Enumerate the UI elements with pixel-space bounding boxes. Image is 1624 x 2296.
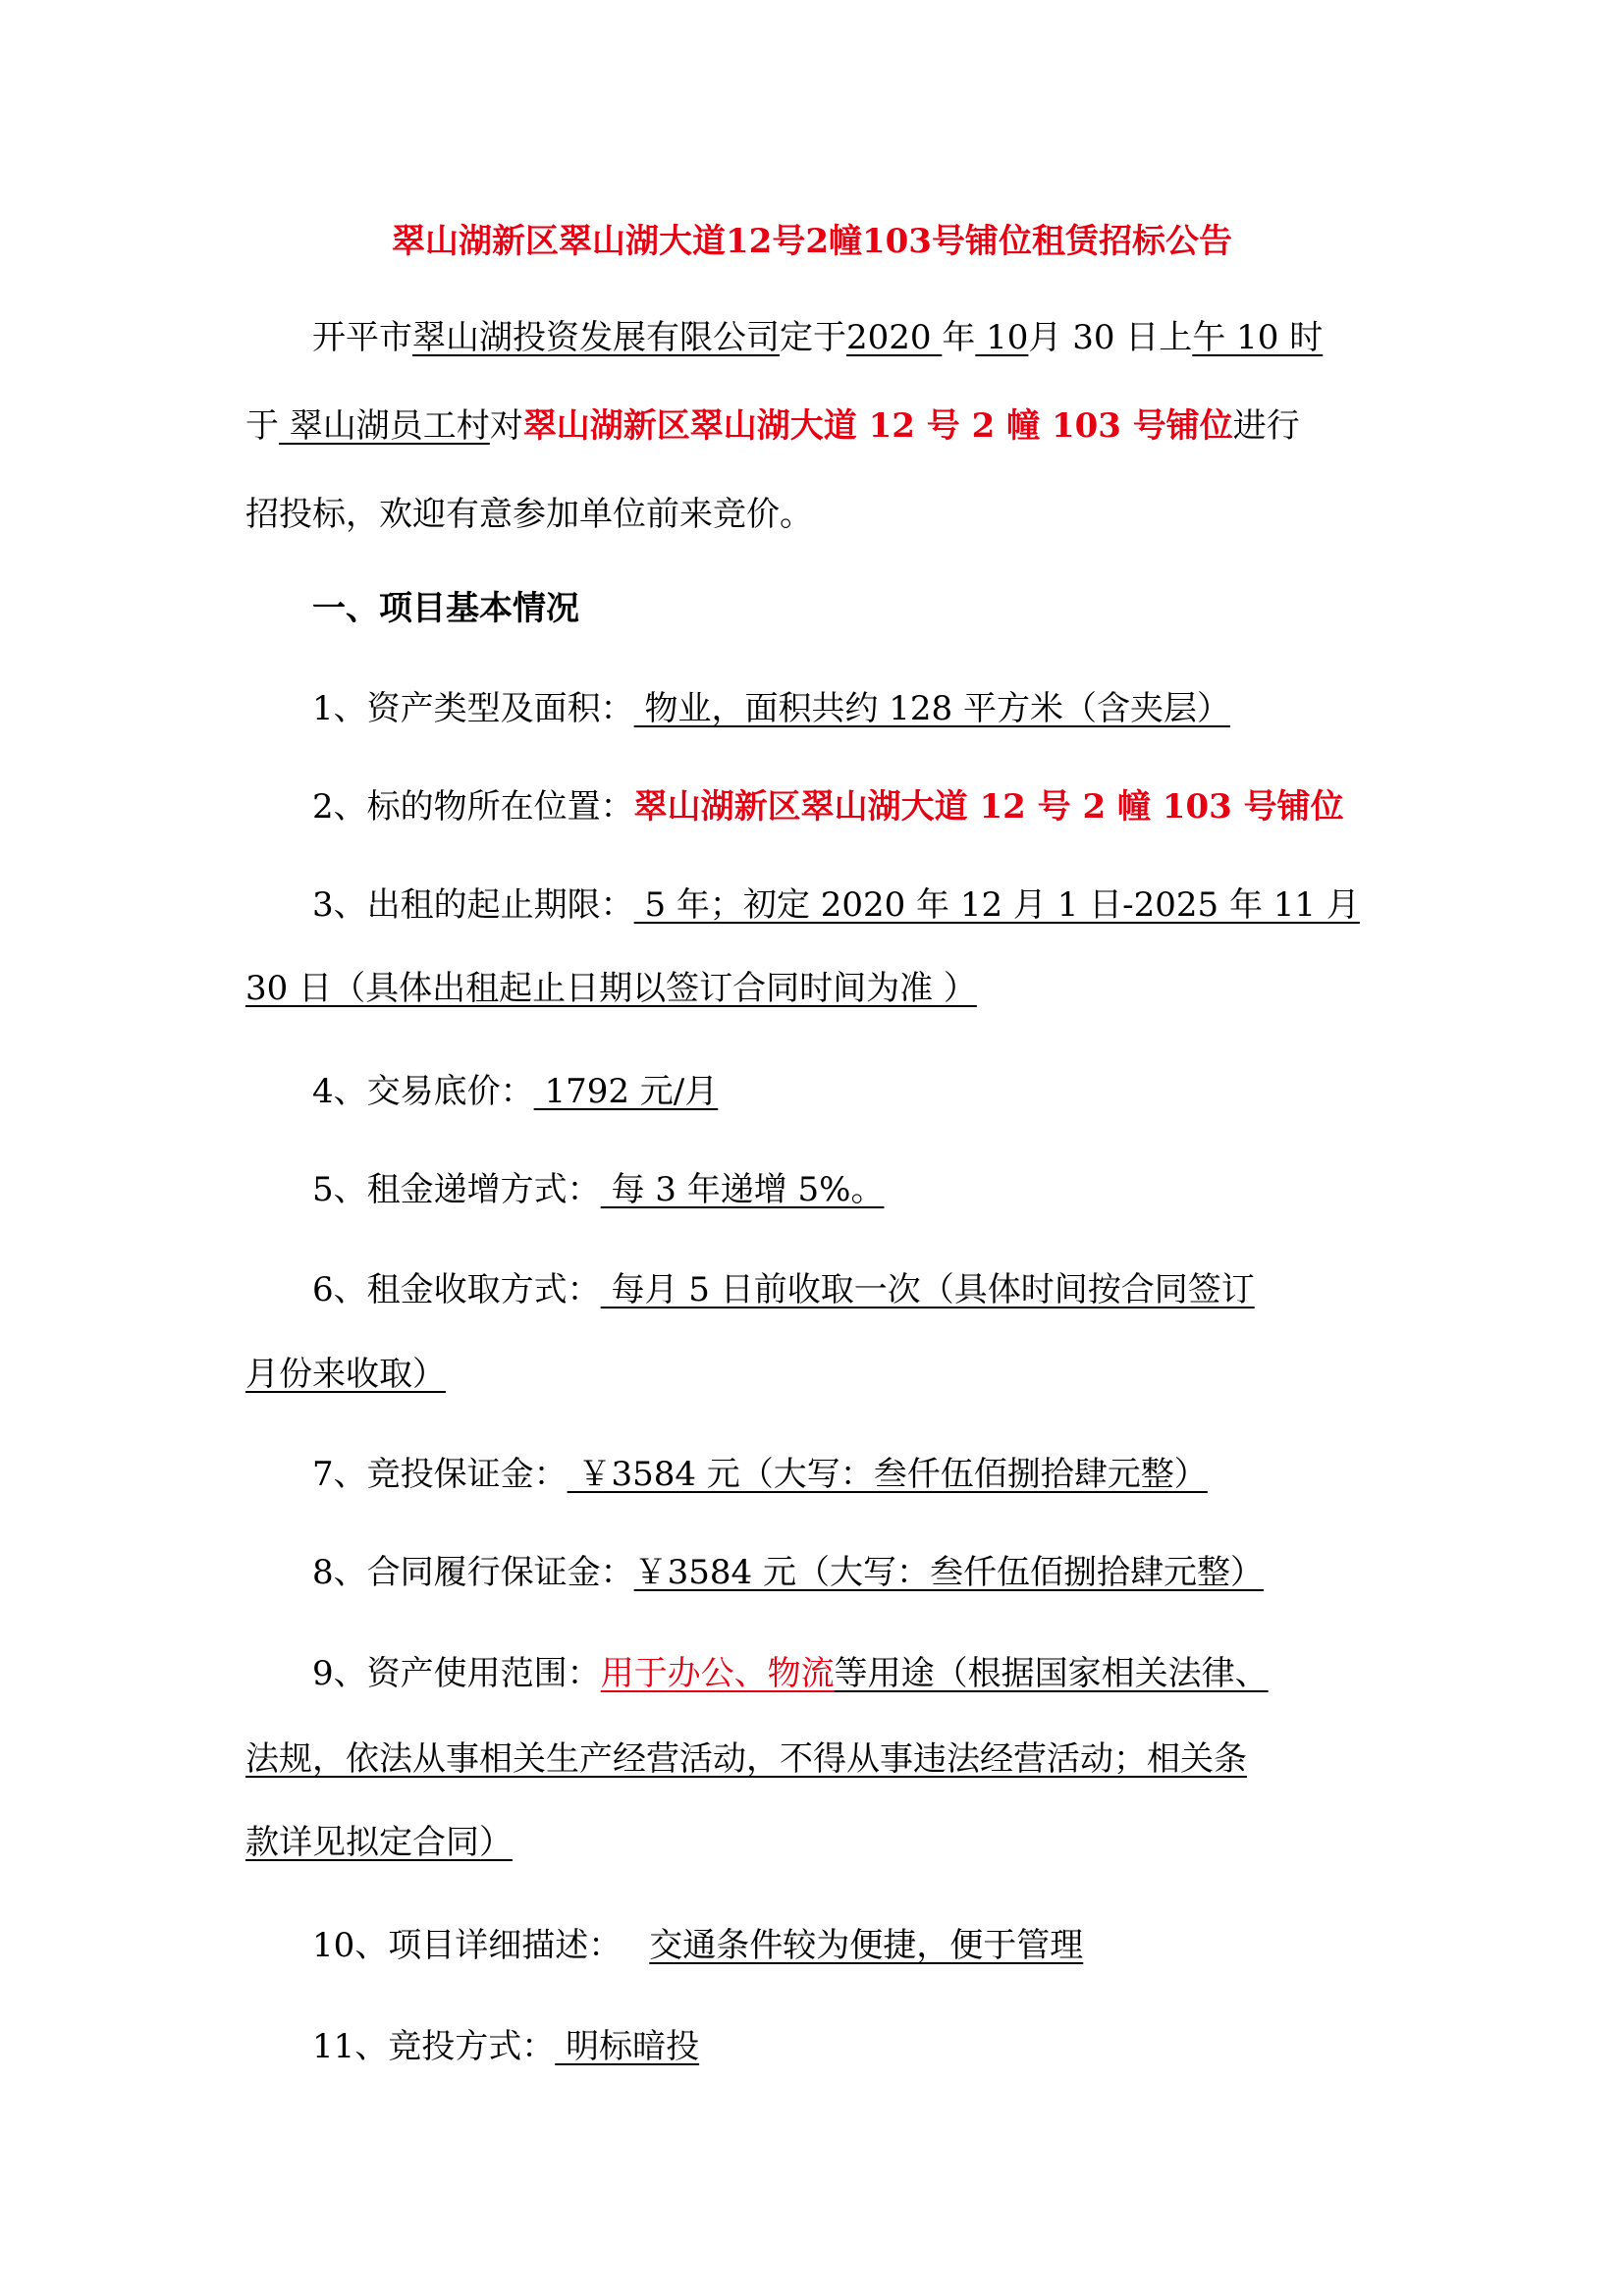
item-label: 2、标的物所在位置： <box>312 787 634 827</box>
item-usage-scope-cont: 法规，依法从事相关生产经营活动，不得从事违法经营活动；相关条 <box>245 1737 1247 1781</box>
item-value: ￥3584 元（大写：叁仟伍佰捌拾肆元整） <box>568 1455 1208 1494</box>
intro-text: 月 30 日上 <box>1028 318 1192 357</box>
item-rent-collection: 6、租金收取方式： 每月 5 日前收取一次（具体时间按合同签订 <box>312 1268 1255 1311</box>
intro-text: 进行 <box>1233 406 1300 446</box>
item-label: 1、资产类型及面积： <box>312 689 634 728</box>
item-value: 每 3 年递增 5%。 <box>601 1170 885 1209</box>
intro-text: 年 <box>942 318 975 357</box>
bid-month: 10 <box>975 318 1028 357</box>
item-project-description: 10、项目详细描述：交通条件较为便捷，便于管理 <box>312 1924 1083 1967</box>
item-label: 6、租金收取方式： <box>312 1270 601 1309</box>
item-value: 5 年；初定 2020 年 12 月 1 日-2025 年 11 月 <box>634 885 1360 925</box>
intro-line-1: 开平市翠山湖投资发展有限公司定于2020 年 10月 30 日上午 10 时 <box>312 316 1323 359</box>
item-lease-term-cont: 30 日（具体出租起止日期以签订合同时间为准 ） <box>245 967 977 1010</box>
document-title: 翠山湖新区翠山湖大道12号2幢103号铺位租赁招标公告 <box>0 214 1624 262</box>
item-rent-increase: 5、租金递增方式： 每 3 年递增 5%。 <box>312 1168 884 1211</box>
item-label: 5、租金递增方式： <box>312 1170 601 1209</box>
item-label: 11、竞投方式： <box>312 2027 555 2066</box>
item-value: 30 日（具体出租起止日期以签订合同时间为准 ） <box>245 969 977 1008</box>
item-value: 每月 5 日前收取一次（具体时间按合同签订 <box>601 1270 1255 1309</box>
item-performance-deposit: 8、合同履行保证金：￥3584 元（大写：叁仟伍佰捌拾肆元整） <box>312 1551 1264 1594</box>
item-label: 7、竞投保证金： <box>312 1455 568 1494</box>
bid-venue: 翠山湖员工村 <box>279 406 490 446</box>
item-value: 法规，依法从事相关生产经营活动，不得从事违法经营活动；相关条 <box>245 1739 1247 1779</box>
item-label: 3、出租的起止期限： <box>312 885 634 925</box>
item-label: 9、资产使用范围： <box>312 1654 601 1693</box>
item-label: 10、项目详细描述： <box>312 1926 622 1965</box>
item-value: ￥3584 元（大写：叁仟伍佰捌拾肆元整） <box>634 1553 1264 1592</box>
item-value: 款详见拟定合同） <box>245 1823 513 1862</box>
target-property: 翠山湖新区翠山湖大道 12 号 2 幢 103 号铺位 <box>523 406 1233 446</box>
item-value: 明标暗投 <box>555 2027 699 2066</box>
item-rent-collection-cont: 月份来收取） <box>245 1353 446 1396</box>
intro-line-3: 招投标，欢迎有意参加单位前来竞价。 <box>245 493 813 536</box>
bid-year: 2020 <box>846 318 942 357</box>
item-base-price: 4、交易底价： 1792 元/月 <box>312 1070 718 1113</box>
item-lease-term: 3、出租的起止期限： 5 年；初定 2020 年 12 月 1 日-2025 年… <box>312 883 1360 927</box>
section-heading: 一、项目基本情况 <box>312 587 579 630</box>
item-value: 月份来收取） <box>245 1355 446 1394</box>
item-value: 物业，面积共约 128 平方米（含夹层） <box>634 689 1230 728</box>
intro-line-2: 于 翠山湖员工村对翠山湖新区翠山湖大道 12 号 2 幢 103 号铺位进行 <box>245 404 1300 448</box>
item-value: 等用途（根据国家相关法律、 <box>835 1654 1269 1693</box>
intro-text: 于 <box>245 406 279 446</box>
item-asset-type: 1、资产类型及面积： 物业，面积共约 128 平方米（含夹层） <box>312 687 1230 730</box>
item-label: 8、合同履行保证金： <box>312 1553 634 1592</box>
item-usage-scope-cont2: 款详见拟定合同） <box>245 1821 513 1864</box>
item-bid-method: 11、竞投方式： 明标暗投 <box>312 2025 699 2068</box>
intro-text: 对 <box>490 406 523 446</box>
company-name: 翠山湖投资发展有限公司 <box>412 318 780 357</box>
bid-hour: 午 10 时 <box>1192 318 1323 357</box>
intro-text: 定于 <box>780 318 846 357</box>
item-usage-scope: 9、资产使用范围：用于办公、物流等用途（根据国家相关法律、 <box>312 1652 1269 1695</box>
item-value: 交通条件较为便捷，便于管理 <box>649 1926 1083 1965</box>
item-value: 翠山湖新区翠山湖大道 12 号 2 幢 103 号铺位 <box>634 787 1344 827</box>
item-bid-deposit: 7、竞投保证金： ￥3584 元（大写：叁仟伍佰捌拾肆元整） <box>312 1453 1208 1496</box>
item-label: 4、交易底价： <box>312 1072 534 1111</box>
item-value: 1792 元/月 <box>534 1072 719 1111</box>
item-location: 2、标的物所在位置：翠山湖新区翠山湖大道 12 号 2 幢 103 号铺位 <box>312 785 1344 828</box>
item-value-highlight: 用于办公、物流 <box>601 1654 835 1693</box>
document-page: 翠山湖新区翠山湖大道12号2幢103号铺位租赁招标公告 开平市翠山湖投资发展有限… <box>0 0 1624 2296</box>
intro-text: 开平市 <box>312 318 412 357</box>
